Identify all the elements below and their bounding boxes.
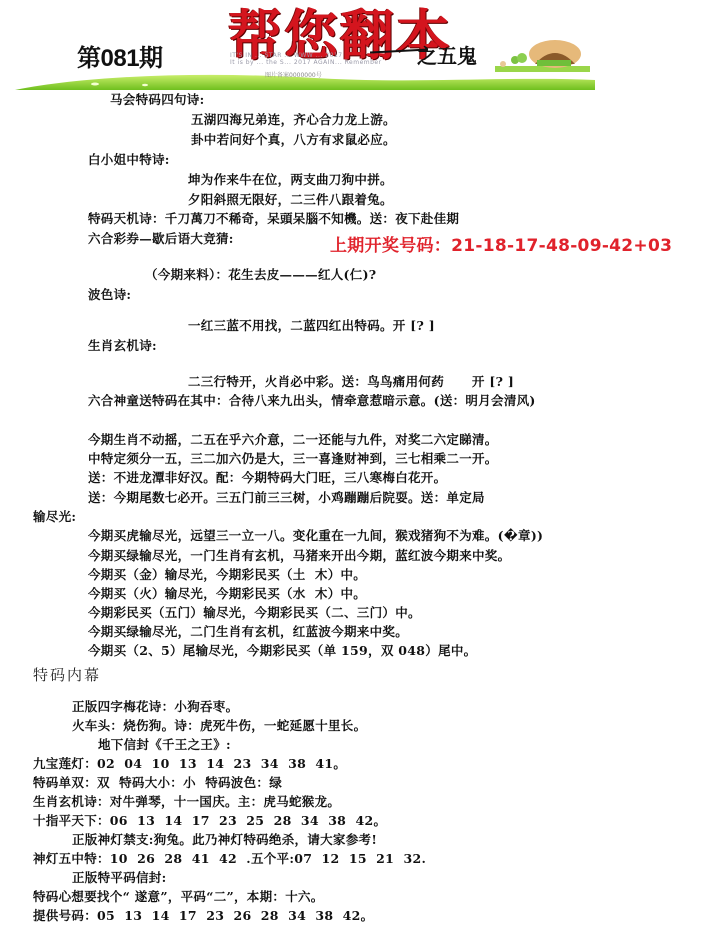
- tianji-poem: 特码天机诗：千刀萬刀不稀奇，呆頭呆腦不知機。送：夜下赴佳期: [88, 209, 459, 227]
- watermark-line: It is by ... the S... 2017 AGAIN... Reme…: [230, 59, 430, 66]
- shentong-line: 六合神童送特码在其中：合待八来九出头，情牵意惹暗示意。(送：明月会清风): [88, 391, 536, 409]
- mahui-line: 卦中若问好个真，八方有求鼠必应。: [191, 130, 396, 148]
- bose-title: 波色诗:: [88, 285, 131, 303]
- shujinguang-line: 今期买（金）输尽光，今期彩民买（土 木）中。: [88, 565, 366, 583]
- bai-line: 夕阳斜照无限好，二三件八跟着兔。: [188, 190, 393, 208]
- shendeng-line: 正版神灯禁支:狗兔。此乃神灯特码绝杀，请大家参考!: [72, 830, 377, 848]
- registration-text: 图片备案0000000号: [265, 70, 322, 79]
- mahui-line: 五湖四海兄弟连，齐心合力龙上游。: [191, 110, 396, 128]
- riddle-line: 今期生肖不动摇，二五在乎六介意，二一还能与九件，对奖二六定睇清。: [88, 430, 498, 448]
- xiehouyu-line: （今期来料）：花生去皮———红人(仁)?: [145, 265, 376, 283]
- shujinguang-line: 今期买（火）输尽光，今期彩民买（水 木）中。: [88, 584, 366, 602]
- last-draw-banner: 上期开奖号码：21-18-17-48-09-42+03: [330, 231, 672, 256]
- shujinguang-line: 今期买（2、5）尾输尽光，今期彩民买（单 159，双 048）尾中。: [88, 641, 476, 659]
- section-title-neimu: 特码内幕: [33, 664, 101, 685]
- page-header: 第081期 帮您翻本 之五鬼 IT'S IN ... STAR ... WWW …: [0, 0, 720, 92]
- meihua-poem: 正版四字梅花诗：小狗吞枣。: [72, 697, 238, 715]
- bai-line: 坤为作来牛在位，两支曲刀狗中拼。: [188, 170, 393, 188]
- wuzhong-numbers: 神灯五中特：10 26 28 41 42 .五个平:07 12 15 21 32…: [33, 849, 426, 867]
- huochetou: 火车头：烧伤狗。诗：虎死牛伤，一蛇延愿十里长。: [72, 716, 366, 734]
- xuanji-poem-2: 生肖玄机诗：对牛弹琴，十一国庆。主：虎马蛇猴龙。: [33, 792, 340, 810]
- shujinguang-line: 今期买绿输尽光，一门生肖有玄机，马猪来开出今期，蓝红波今期来中奖。: [88, 546, 510, 564]
- watermark-line: IT'S IN ... STAR ... WWW ... 2017: [230, 52, 430, 59]
- last-draw-numbers: 21-18-17-48-09-42+03: [451, 236, 672, 256]
- xinxiang-line: 特码心想要找个“ 遂意”，平码“二”，本期：十六。: [33, 887, 324, 905]
- xuanji-title: 生肖玄机诗:: [88, 336, 157, 354]
- riddle-line: 送：今期尾数七必开。三五门前三三树，小鸡蹦蹦后院耍。送：单定局: [88, 488, 485, 506]
- tepingma-title: 正版特平码信封:: [72, 868, 167, 886]
- watermark-text: IT'S IN ... STAR ... WWW ... 2017 It is …: [230, 52, 430, 66]
- xiehouyu-title: 六合彩券—歇后语大竞猜:: [88, 229, 234, 247]
- bose-line: 一红三蓝不用找，二蓝四红出特码。开 [? ]: [188, 316, 435, 334]
- jiubao-numbers: 九宝莲灯：02 04 10 13 14 23 34 38 41。: [33, 754, 346, 772]
- cartoon-scene-graphic: [495, 36, 590, 76]
- riddle-line: 中特定须分一五，三二加六仍是大，三一喜逢财神到，三七相乘二一开。: [88, 449, 498, 467]
- bai-title: 白小姐中特诗:: [88, 150, 170, 168]
- riddle-line: 送：不进龙潭非好汉。配：今期特码大门旺，三八寒梅白花开。: [88, 468, 446, 486]
- last-draw-label: 上期开奖号码：: [330, 236, 451, 256]
- issue-number: 第081期: [77, 38, 163, 73]
- xuanji-line: 二三行特开，火肖必中彩。送：鸟鸟痛用何药 开 [? ]: [188, 372, 514, 390]
- xinfeng-title: 地下信封《千王之王》:: [98, 735, 231, 753]
- shizhi-numbers: 十指平天下：06 13 14 17 23 25 28 34 38 42。: [33, 811, 386, 829]
- shujinguang-line: 今期彩民买（五门）输尽光，今期彩民买（二、三门）中。: [88, 603, 421, 621]
- mahui-title: 马会特码四句诗:: [110, 90, 205, 108]
- shujinguang-title: 输尽光:: [33, 507, 76, 525]
- danshuang: 特码单双：双 特码大小：小 特码波色：绿: [33, 773, 282, 791]
- shujinguang-line: 今期买绿输尽光，二门生肖有玄机，红蓝波今期来中奖。: [88, 622, 408, 640]
- shujinguang-line: 今期买虎输尽光，远望三一立一八。变化重在一九间，猴戏猪狗不为难。(�章)): [88, 526, 543, 544]
- tigong-numbers: 提供号码：05 13 14 17 23 26 28 34 38 42。: [33, 906, 373, 924]
